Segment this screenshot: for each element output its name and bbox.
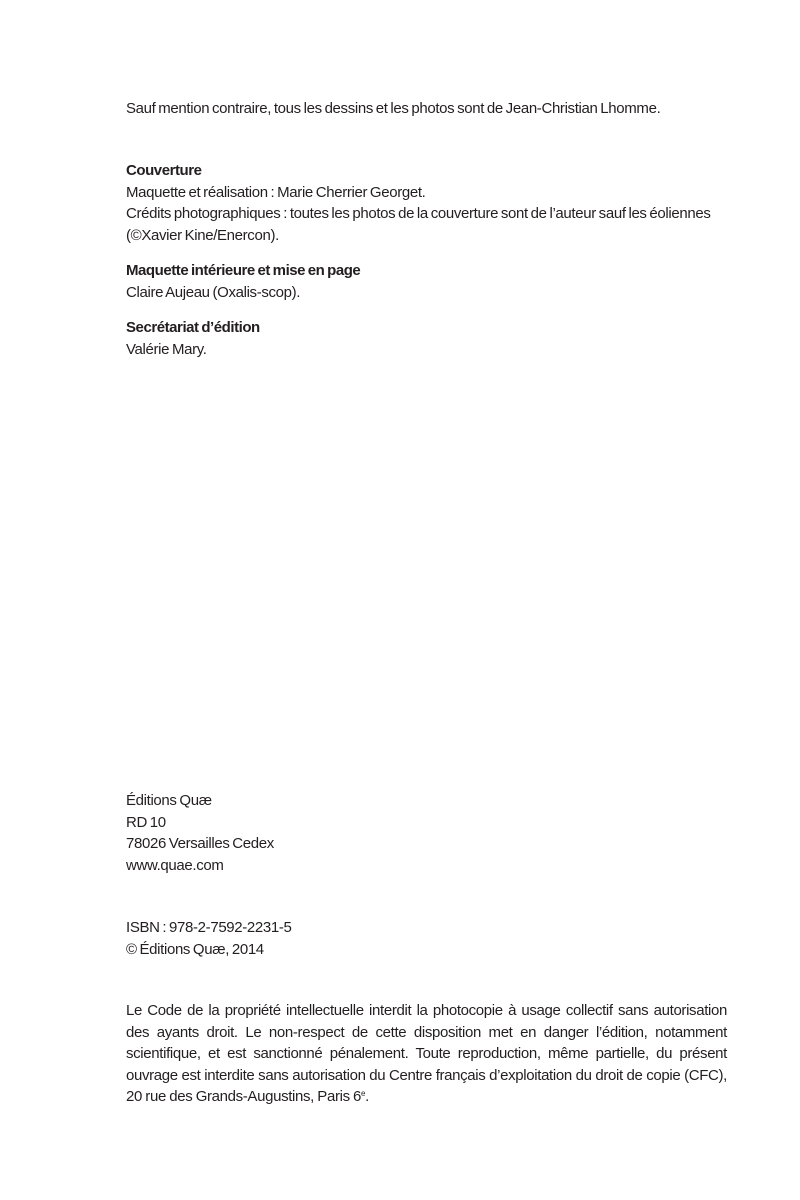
publisher-road: RD 10 bbox=[126, 812, 274, 834]
legal-notice-end: . bbox=[365, 1088, 369, 1105]
publisher-address: Éditions Quæ RD 10 78026 Versailles Cede… bbox=[126, 790, 274, 876]
cover-heading: Couverture bbox=[126, 160, 726, 182]
editorial-secretariat-credit: Valérie Mary. bbox=[126, 339, 260, 361]
editorial-secretariat-heading: Secrétariat d’édition bbox=[126, 317, 260, 339]
legal-notice-text: Le Code de la propriété intellectuelle i… bbox=[126, 1002, 727, 1105]
cover-credits-section: Couverture Maquette et réalisation : Mar… bbox=[126, 160, 726, 246]
isbn-number: ISBN : 978-2-7592-2231-5 bbox=[126, 917, 292, 939]
editorial-secretariat-section: Secrétariat d’édition Valérie Mary. bbox=[126, 317, 260, 360]
illustration-credit: Sauf mention contraire, tous les dessins… bbox=[126, 98, 660, 120]
isbn-section: ISBN : 978-2-7592-2231-5 © Éditions Quæ,… bbox=[126, 917, 292, 960]
legal-notice-superscript: e bbox=[361, 1089, 365, 1098]
publisher-city: 78026 Versailles Cedex bbox=[126, 833, 274, 855]
cover-photo-credit: Crédits photographiques : toutes les pho… bbox=[126, 203, 726, 246]
interior-layout-heading: Maquette intérieure et mise en page bbox=[126, 260, 360, 282]
publisher-website: www.quae.com bbox=[126, 855, 274, 877]
legal-notice: Le Code de la propriété intellectuelle i… bbox=[126, 1000, 727, 1108]
interior-layout-section: Maquette intérieure et mise en page Clai… bbox=[126, 260, 360, 303]
copyright-notice: © Éditions Quæ, 2014 bbox=[126, 939, 292, 961]
publisher-name: Éditions Quæ bbox=[126, 790, 274, 812]
interior-layout-credit: Claire Aujeau (Oxalis-scop). bbox=[126, 282, 360, 304]
cover-design-credit: Maquette et réalisation : Marie Cherrier… bbox=[126, 182, 726, 204]
